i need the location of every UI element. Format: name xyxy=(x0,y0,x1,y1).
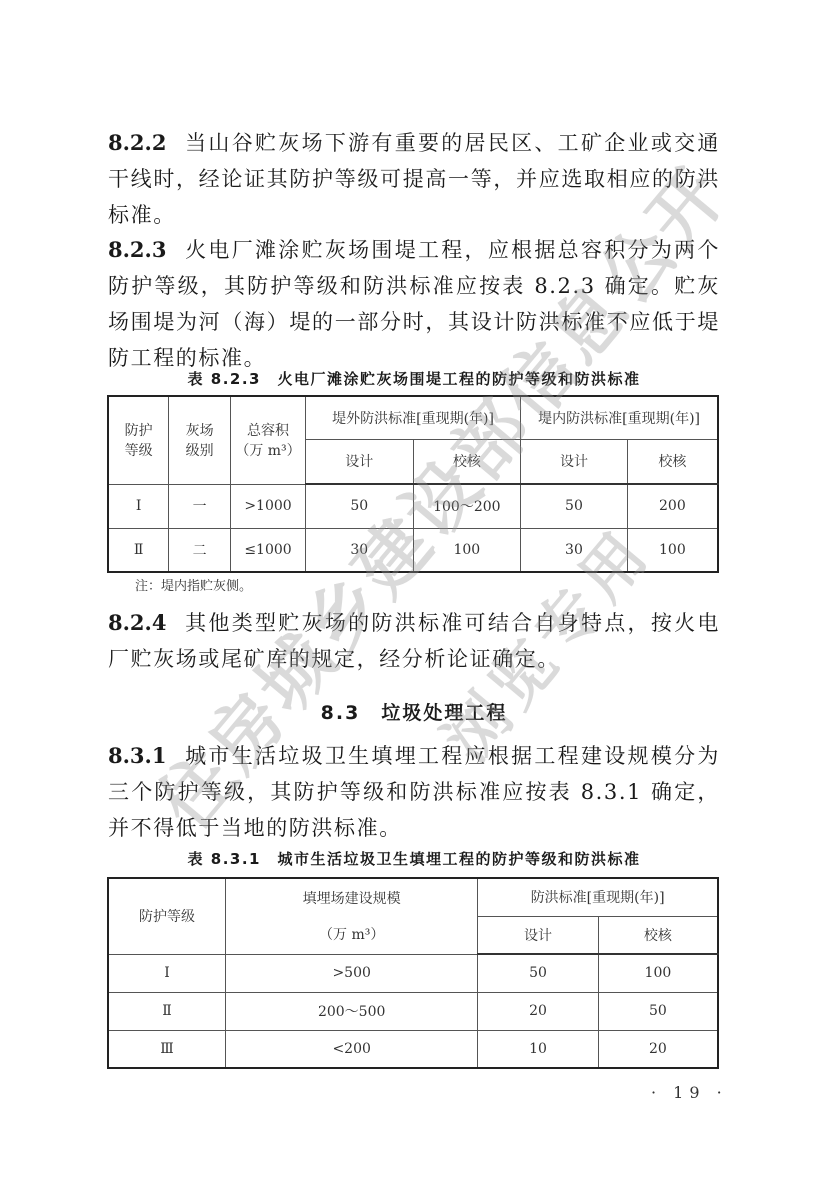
table-row: Ⅱ 200～500 20 50 xyxy=(108,992,718,1030)
header-outer-design: 设计 xyxy=(305,439,413,484)
document-page: 8.2.2当山谷贮灰场下游有重要的居民区、工矿企业或交通干线时，经论证其防护等级… xyxy=(0,0,827,1199)
clause-text: 当山谷贮灰场下游有重要的居民区、工矿企业或交通干线时，经论证其防护等级可提高一等… xyxy=(108,131,720,227)
cell-check: 20 xyxy=(598,1030,718,1068)
header-grade: 防护等级 xyxy=(108,396,169,484)
cell-class: 二 xyxy=(169,528,231,572)
header-flood: 防洪标准[重现期(年)] xyxy=(478,878,718,916)
page-number: · 19 · xyxy=(651,1083,728,1102)
cell-grade: Ⅲ xyxy=(108,1030,226,1068)
cell-volume: >1000 xyxy=(231,484,306,528)
clause-8-3-1: 8.3.1城市生活垃圾卫生填埋工程应根据工程建设规模分为三个防护等级，其防护等级… xyxy=(108,738,720,846)
table-row: Ⅰ 一 >1000 50 100～200 50 200 xyxy=(108,484,718,528)
cell-inner-check: 200 xyxy=(627,484,718,528)
clause-number: 8.2.3 xyxy=(108,237,166,262)
header-scale: 填埋场建设规模（万 m³） xyxy=(226,878,478,954)
cell-outer-design: 30 xyxy=(305,528,413,572)
table-caption-8-3-1: 表 8.3.1 城市生活垃圾卫生填埋工程的防护等级和防洪标准 xyxy=(108,848,720,869)
table-row: Ⅲ <200 10 20 xyxy=(108,1030,718,1068)
clause-8-2-4: 8.2.4其他类型贮灰场的防洪标准可结合自身特点，按火电厂贮灰场或尾矿库的规定，… xyxy=(108,605,720,677)
header-inner-design: 设计 xyxy=(521,439,628,484)
cell-inner-check: 100 xyxy=(627,528,718,572)
table-8-3-1: 防护等级 填埋场建设规模（万 m³） 防洪标准[重现期(年)] 设计 校核 Ⅰ … xyxy=(107,877,719,1069)
cell-design: 10 xyxy=(478,1030,599,1068)
clause-text: 火电厂滩涂贮灰场围堤工程，应根据总容积分为两个防护等级，其防护等级和防洪标准应按… xyxy=(108,238,720,370)
clause-text: 城市生活垃圾卫生填埋工程应根据工程建设规模分为三个防护等级，其防护等级和防洪标准… xyxy=(108,744,720,840)
cell-grade: Ⅱ xyxy=(108,992,226,1030)
cell-grade: Ⅱ xyxy=(108,528,169,572)
header-volume: 总容积（万 m³） xyxy=(231,396,306,484)
cell-outer-check: 100～200 xyxy=(413,484,521,528)
cell-grade: Ⅰ xyxy=(108,484,169,528)
cell-scale: 200～500 xyxy=(226,992,478,1030)
cell-design: 20 xyxy=(478,992,599,1030)
header-check: 校核 xyxy=(598,916,718,954)
section-title-8-3: 8.3 垃圾处理工程 xyxy=(108,698,720,725)
clause-number: 8.2.2 xyxy=(108,130,166,155)
header-outer-check: 校核 xyxy=(413,439,521,484)
cell-check: 100 xyxy=(598,954,718,992)
cell-class: 一 xyxy=(169,484,231,528)
cell-volume: ≤1000 xyxy=(231,528,306,572)
table-row: Ⅱ 二 ≤1000 30 100 30 100 xyxy=(108,528,718,572)
clause-8-2-2: 8.2.2当山谷贮灰场下游有重要的居民区、工矿企业或交通干线时，经论证其防护等级… xyxy=(108,125,720,233)
cell-check: 50 xyxy=(598,992,718,1030)
cell-outer-design: 50 xyxy=(305,484,413,528)
header-grade: 防护等级 xyxy=(108,878,226,954)
cell-scale: >500 xyxy=(226,954,478,992)
header-inner-flood: 堤内防洪标准[重现期(年)] xyxy=(521,396,718,439)
clause-text: 其他类型贮灰场的防洪标准可结合自身特点，按火电厂贮灰场或尾矿库的规定，经分析论证… xyxy=(108,611,720,671)
cell-design: 50 xyxy=(478,954,599,992)
cell-inner-design: 50 xyxy=(521,484,628,528)
table-8-2-3: 防护等级 灰场级别 总容积（万 m³） 堤外防洪标准[重现期(年)] 堤内防洪标… xyxy=(107,395,719,573)
table-note: 注：堤内指贮灰侧。 xyxy=(135,575,252,594)
cell-outer-check: 100 xyxy=(413,528,521,572)
cell-grade: Ⅰ xyxy=(108,954,226,992)
clause-number: 8.2.4 xyxy=(108,610,166,635)
cell-inner-design: 30 xyxy=(521,528,628,572)
header-outer-flood: 堤外防洪标准[重现期(年)] xyxy=(305,396,520,439)
table-caption-8-2-3: 表 8.2.3 火电厂滩涂贮灰场围堤工程的防护等级和防洪标准 xyxy=(108,368,720,389)
cell-scale: <200 xyxy=(226,1030,478,1068)
clause-number: 8.3.1 xyxy=(108,743,166,768)
table-row: Ⅰ >500 50 100 xyxy=(108,954,718,992)
header-design: 设计 xyxy=(478,916,599,954)
header-inner-check: 校核 xyxy=(627,439,718,484)
clause-8-2-3: 8.2.3火电厂滩涂贮灰场围堤工程，应根据总容积分为两个防护等级，其防护等级和防… xyxy=(108,232,720,376)
header-class: 灰场级别 xyxy=(169,396,231,484)
